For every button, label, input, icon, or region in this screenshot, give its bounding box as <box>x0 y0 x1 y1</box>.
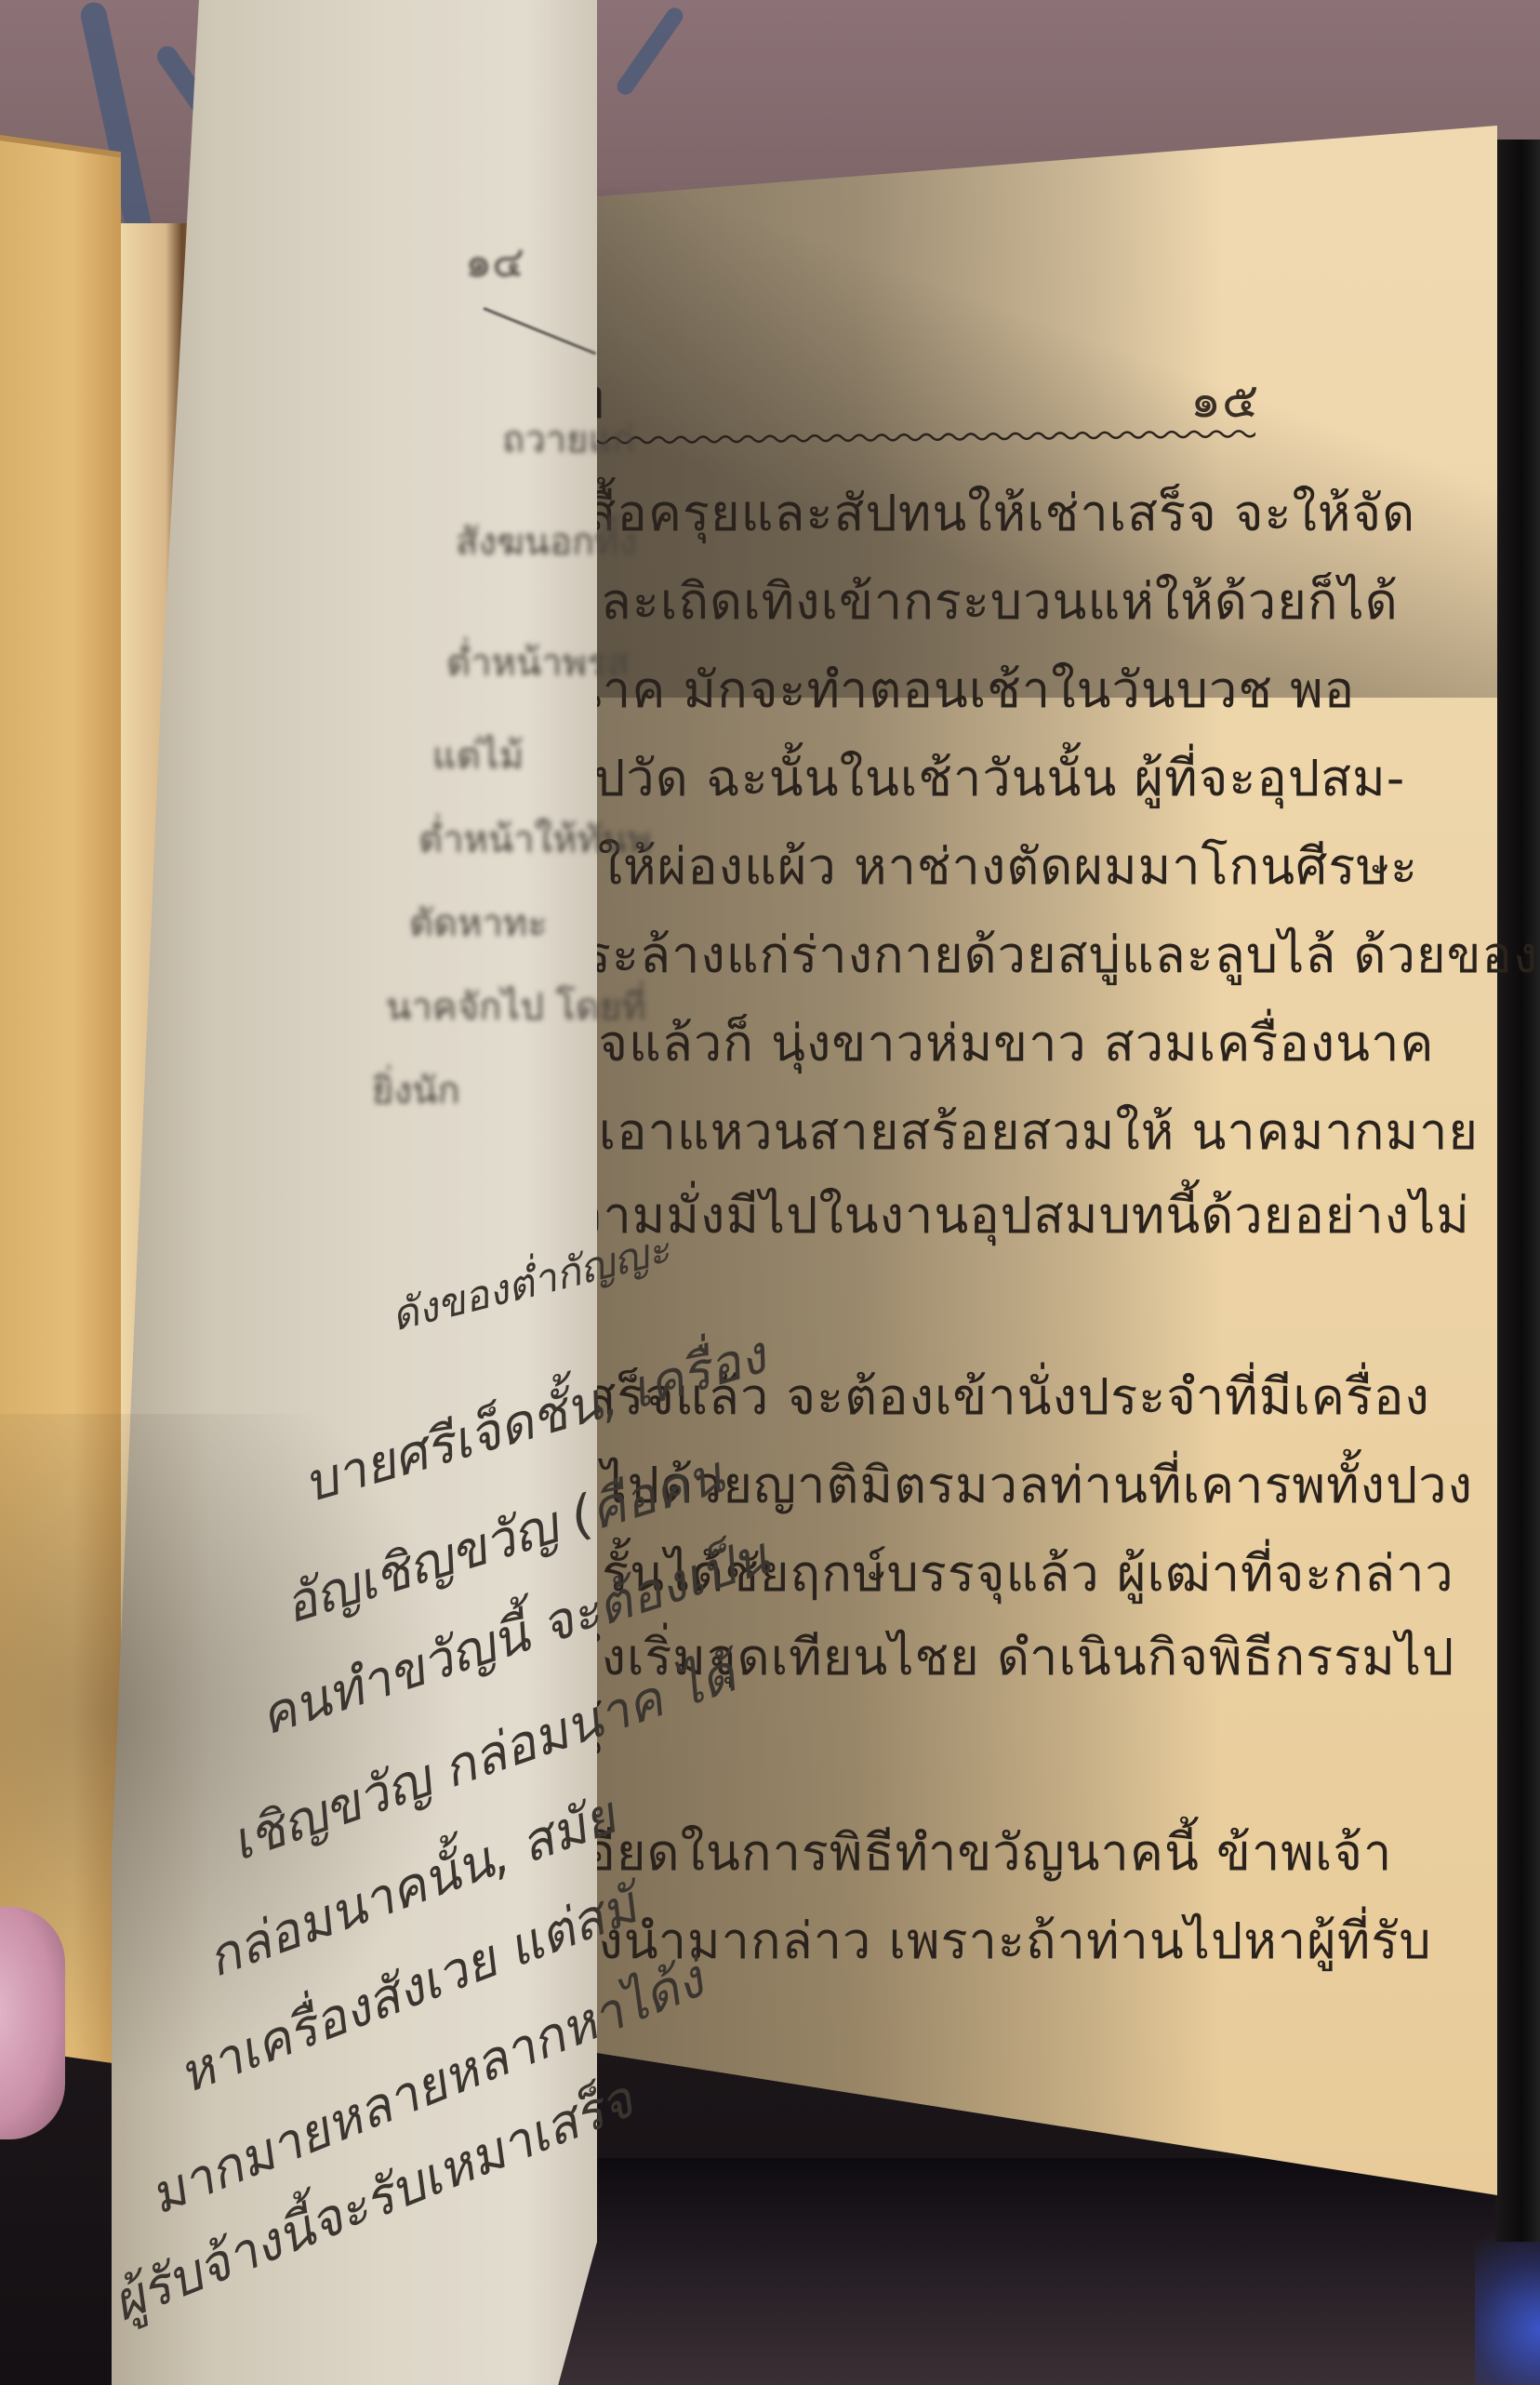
body-line: และเถิดเทิงเข้ากระบวนแห่ให้ด้วยก็ได้ <box>567 577 1399 627</box>
curled-line-blurred: สังฆนอกทั้ง <box>456 512 637 571</box>
wavy-rule <box>586 426 1255 445</box>
thumb <box>0 1907 65 2139</box>
curled-page-number: ๑๔ <box>465 228 524 296</box>
body-line: นาค มักจะทำตอนเช้าในวันบวช พอ <box>567 665 1355 715</box>
curled-line-blurred: ต่ำหน้าให้ทันพ <box>418 809 652 869</box>
curled-line-blurred: ถวายแก่ <box>502 409 635 469</box>
body-line: จให้ผ่องแผ้ว หาช่างตัดผมมาโกนศีรษะ <box>567 842 1418 892</box>
dark-surface <box>521 2158 1540 2385</box>
body-line: ความมั่งมีไปในงานอุปสมบทนี้ด้วยอย่างไม่ <box>539 1191 1470 1241</box>
curled-line-blurred: ยิ่งนัก <box>372 1060 460 1120</box>
curled-line-blurred: นาคจักไป โดยที่ <box>386 977 646 1036</box>
curled-line-blurred: ตัดหาทะ <box>409 893 548 953</box>
curled-line-blurred: แต่ไม้ <box>432 726 524 785</box>
body-line: เสื้อครุยและสัปทนให้เช่าเสร็จ จะให้จัด <box>567 488 1415 539</box>
body-line: ไปวัด ฉะนั้นในเช้าวันนั้น ผู้ที่จะอุปสม- <box>567 753 1405 804</box>
body-line: ก็เอาแหวนสายสร้อยสวมให้ นาคมากมาย <box>567 1107 1479 1157</box>
curled-line-blurred: ต่ำหน้าพรส <box>446 633 630 692</box>
page-number: ๑๕ <box>1190 377 1259 425</box>
body-line: องนำมากล่าว เพราะถ้าท่านไปหาผู้ที่รับ <box>567 1916 1432 1966</box>
body-line: เอียดในการพิธีทำขวัญนาคนี้ ข้าพเจ้า <box>567 1828 1392 1878</box>
book-cover-edge <box>1495 140 1540 2242</box>
body-line: ชำระล้างแก่ร่างกายด้วยสบู่และลูบไล้ ด้วย… <box>521 930 1538 980</box>
body-line: เสร็จแล้วก็ นุ่งขาวห่มขาว สวมเครื่องนาค <box>521 1019 1435 1069</box>
